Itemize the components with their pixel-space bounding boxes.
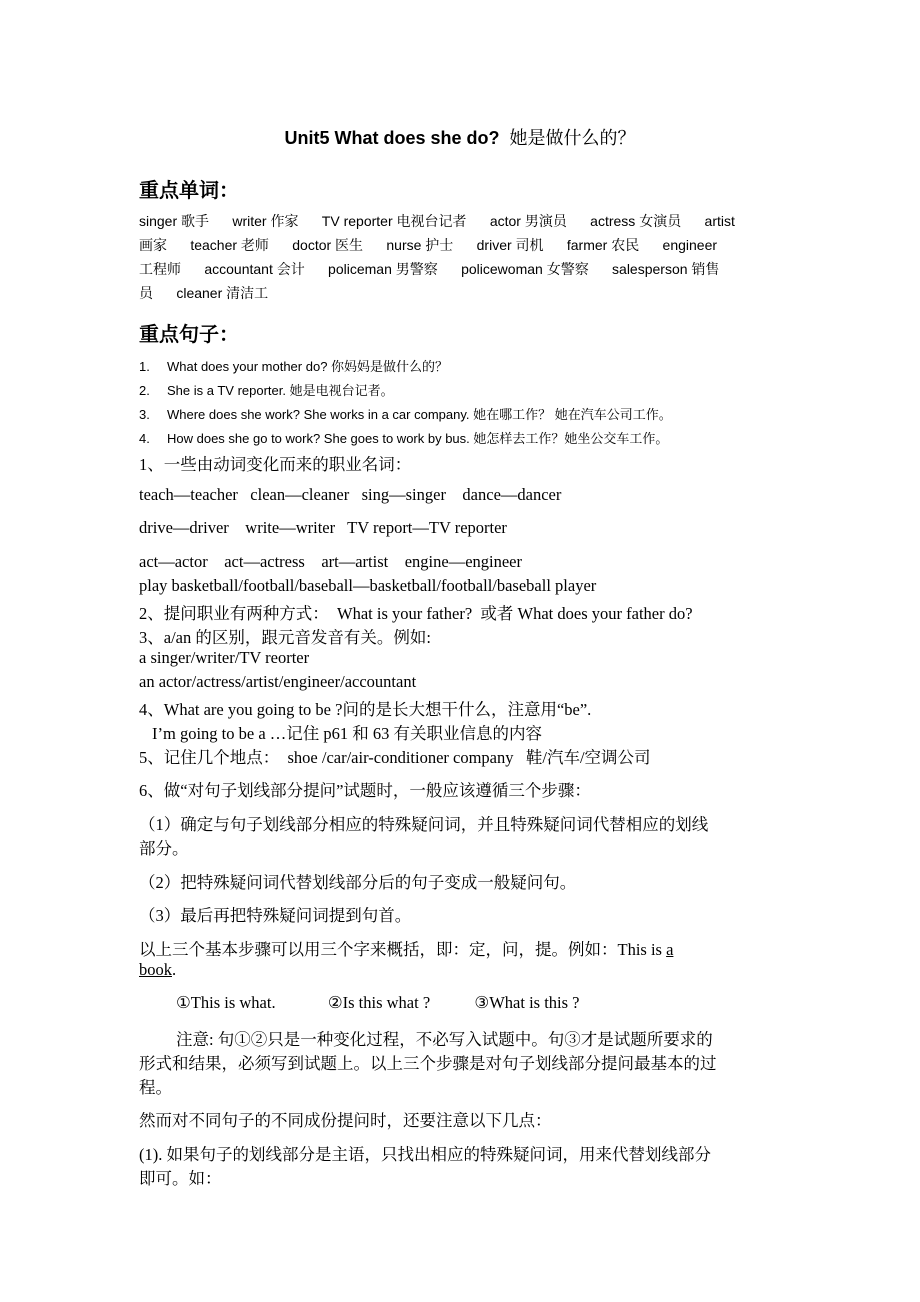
vocab-line: 员 cleaner 清洁工 — [139, 283, 268, 303]
vocab-line: 工程师 accountant 会计 policeman 男警察 policewo… — [139, 259, 719, 279]
attention-line: 注意: 句①②只是一种变化过程，不必写入试题中。句③才是试题所要求的 — [176, 1026, 713, 1050]
underlined-word: a — [666, 940, 673, 959]
example-3: ③What is this ? — [474, 993, 579, 1012]
note-1-line: play basketball/football/baseball—basket… — [139, 576, 596, 596]
step-3: （3）最后再把特殊疑问词提到句首。 — [139, 902, 411, 926]
title-english: Unit5 What does she do? — [284, 128, 499, 148]
example-2: ②Is this what ? — [328, 993, 430, 1012]
example-1: ①This is what. — [176, 993, 276, 1012]
note-1-line: teach—teacher clean—cleaner sing—singer … — [139, 485, 561, 505]
step-1-cont: 部分。 — [139, 835, 189, 859]
note-4: 4、What are you going to be ?问的是长大想干什么，注意… — [139, 696, 591, 720]
attention-line: 程。 — [139, 1074, 172, 1098]
title-chinese: 她是做什么的？ — [510, 128, 636, 148]
note-1-line: drive—driver write—writer TV report—TV r… — [139, 518, 507, 538]
sentence-item: 4.How does she go to work? She goes to w… — [139, 428, 668, 447]
sentences-heading: 重点句子： — [139, 318, 239, 347]
however-line: 然而对不同句子的不同成份提问时，还要注意以下几点： — [139, 1107, 552, 1131]
page-title: Unit5 What does she do? 她是做什么的？ — [0, 124, 920, 150]
note-1-heading: 1、一些由动词变化而来的职业名词： — [139, 451, 411, 475]
point-1-line: (1). 如果句子的划线部分是主语，只找出相应的特殊疑问词，用来代替划线部分 — [139, 1141, 711, 1165]
note-3-line: a singer/writer/TV reorter — [139, 648, 309, 668]
summary-line: 以上三个基本步骤可以用三个字来概括，即：定，问，提。例如：This is a — [139, 936, 673, 960]
step-2: （2）把特殊疑问词代替划线部分后的句子变成一般疑问句。 — [139, 869, 576, 893]
sentence-item: 2.She is a TV reporter. 她是电视台记者。 — [139, 380, 394, 399]
summary-line-cont: book. — [139, 960, 176, 980]
examples-line: ①This is what. ②Is this what ? ③What is … — [176, 993, 580, 1013]
note-5: 5、记住几个地点： shoe /car/air-conditioner comp… — [139, 744, 651, 768]
sentence-item: 1.What does your mother do? 你妈妈是做什么的？ — [139, 356, 448, 375]
underlined-word: book — [139, 960, 172, 979]
vocab-line: singer 歌手 writer 作家 TV reporter 电视台记者 ac… — [139, 211, 735, 231]
note-6: 6、做“对句子划线部分提问”试题时，一般应该遵循三个步骤： — [139, 777, 591, 801]
sentence-item: 3.Where does she work? She works in a ca… — [139, 404, 672, 423]
note-3-line: an actor/actress/artist/engineer/account… — [139, 672, 416, 692]
step-1: （1）确定与句子划线部分相应的特殊疑问词，并且特殊疑问词代替相应的划线 — [139, 811, 708, 835]
note-4-sub: I’m going to be a …记住 p61 和 63 有关职业信息的内容 — [152, 720, 542, 744]
note-2: 2、提问职业有两种方式： What is your father? 或者 Wha… — [139, 600, 693, 624]
attention-line: 形式和结果，必须写到试题上。以上三个步骤是对句子划线部分提问最基本的过 — [139, 1050, 717, 1074]
note-3: 3、a/an 的区别，跟元音发音有关。例如: — [139, 624, 431, 648]
note-1-line: act—actor act—actress art—artist engine—… — [139, 552, 522, 572]
vocab-line: 画家 teacher 老师 doctor 医生 nurse 护士 driver … — [139, 235, 717, 255]
point-1-line: 即可。如： — [139, 1165, 222, 1189]
vocab-heading: 重点单词： — [139, 174, 239, 203]
